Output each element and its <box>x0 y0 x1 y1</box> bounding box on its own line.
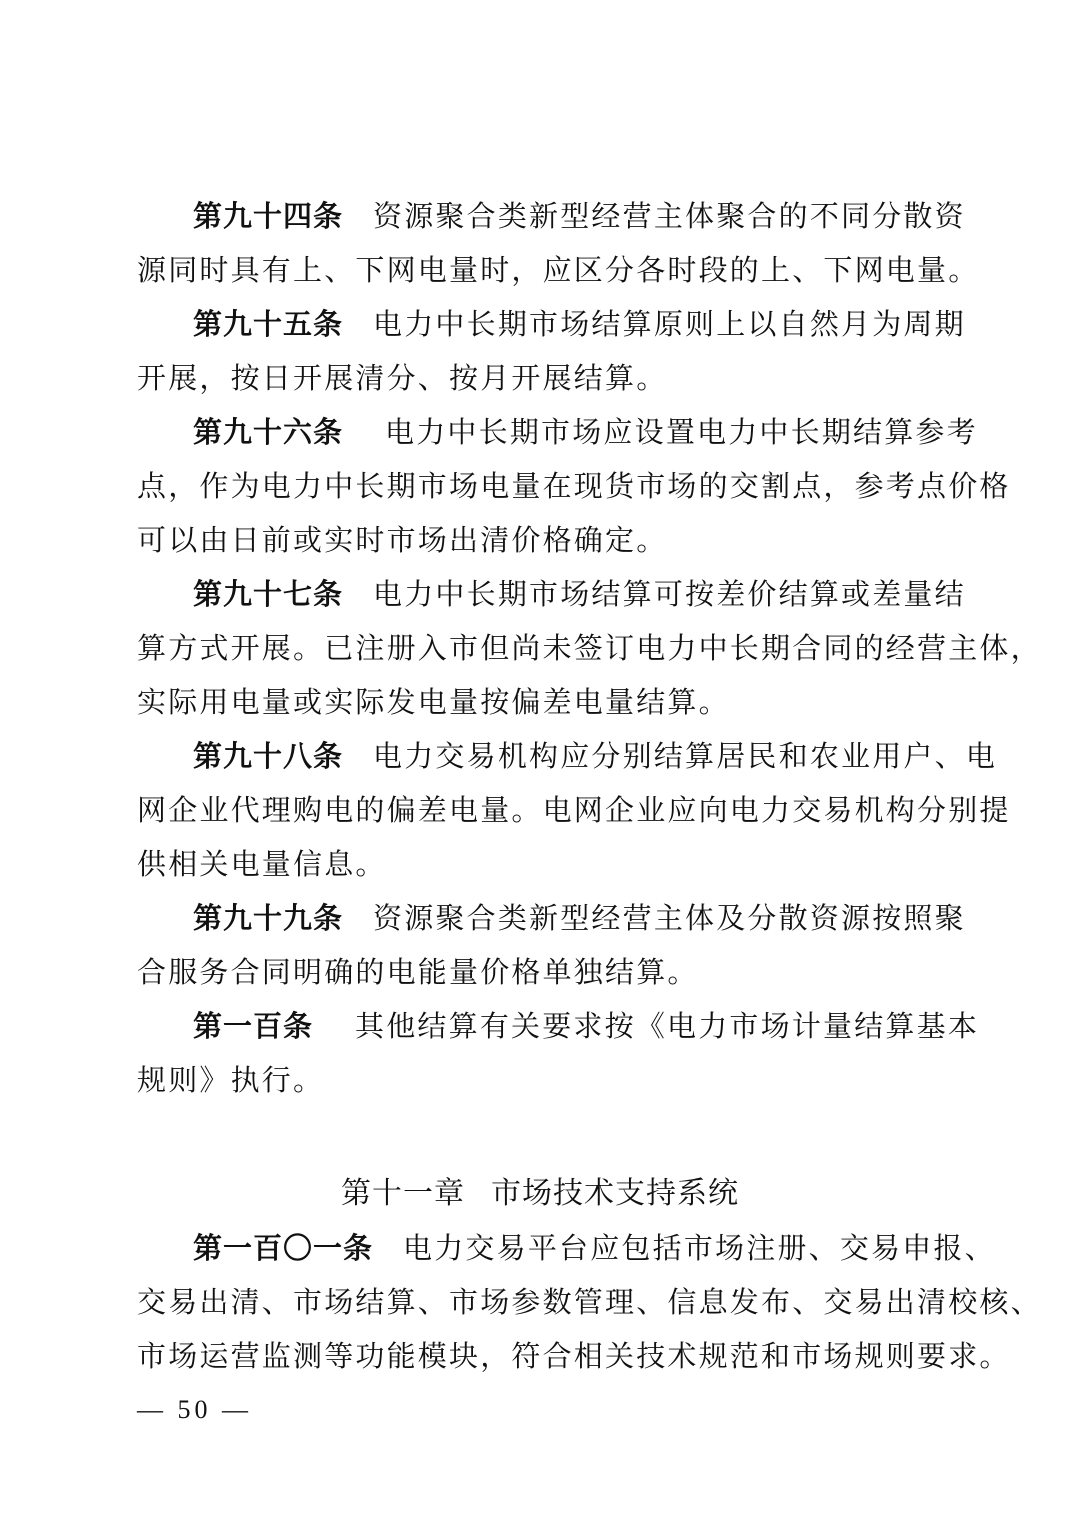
article-99-line-1: 第九十九条资源聚合类新型经营主体及分散资源按照聚 <box>193 898 947 938</box>
article-text: 其他结算有关要求按《电力市场计量结算基本 <box>355 1009 979 1043</box>
article-label: 第一百〇一条 <box>193 1231 373 1265</box>
article-label: 第九十七条 <box>193 577 343 611</box>
article-label: 第九十五条 <box>193 307 343 341</box>
article-text: 资源聚合类新型经营主体及分散资源按照聚 <box>373 901 966 935</box>
article-label: 第九十四条 <box>193 199 343 233</box>
article-97-line-3: 实际用电量或实际发电量按偏差电量结算。 <box>137 682 947 722</box>
article-95-line-1: 第九十五条电力中长期市场结算原则上以自然月为周期 <box>193 304 947 344</box>
article-text: 电力交易机构应分别结算居民和农业用户、电 <box>373 739 997 773</box>
document-page: 第九十四条资源聚合类新型经营主体聚合的不同分散资 源同时具有上、下网电量时，应区… <box>0 0 1080 1527</box>
article-100-line-1: 第一百条其他结算有关要求按《电力市场计量结算基本 <box>193 1006 947 1046</box>
article-97-line-2: 算方式开展。已注册入市但尚未签订电力中长期合同的经营主体， <box>137 628 947 668</box>
article-96-line-3: 可以由日前或实时市场出清价格确定。 <box>137 520 947 560</box>
article-96-line-1: 第九十六条电力中长期市场应设置电力中长期结算参考 <box>193 412 947 452</box>
article-94-line-2: 源同时具有上、下网电量时，应区分各时段的上、下网电量。 <box>137 250 947 290</box>
chapter-number: 第十一章 <box>341 1176 465 1211</box>
article-label: 第九十六条 <box>193 415 343 449</box>
article-94-line-1: 第九十四条资源聚合类新型经营主体聚合的不同分散资 <box>193 196 947 236</box>
article-98-line-2: 网企业代理购电的偏差电量。电网企业应向电力交易机构分别提 <box>137 790 947 830</box>
article-98-line-1: 第九十八条电力交易机构应分别结算居民和农业用户、电 <box>193 736 947 776</box>
article-text: 电力中长期市场应设置电力中长期结算参考 <box>385 415 978 449</box>
article-95-line-2: 开展，按日开展清分、按月开展结算。 <box>137 358 947 398</box>
article-text: 资源聚合类新型经营主体聚合的不同分散资 <box>373 199 966 233</box>
article-text: 电力交易平台应包括市场注册、交易申报、 <box>403 1231 996 1265</box>
article-101-line-3: 市场运营监测等功能模块，符合相关技术规范和市场规则要求。 <box>137 1336 947 1376</box>
article-text: 电力中长期市场结算可按差价结算或差量结 <box>373 577 966 611</box>
article-label: 第九十九条 <box>193 901 343 935</box>
article-99-line-2: 合服务合同明确的电能量价格单独结算。 <box>137 952 947 992</box>
article-98-line-3: 供相关电量信息。 <box>137 844 947 884</box>
page-number: — 50 — <box>137 1392 252 1428</box>
article-label: 第九十八条 <box>193 739 343 773</box>
article-101-line-1: 第一百〇一条电力交易平台应包括市场注册、交易申报、 <box>193 1228 947 1268</box>
article-100-line-2: 规则》执行。 <box>137 1060 947 1100</box>
article-97-line-1: 第九十七条电力中长期市场结算可按差价结算或差量结 <box>193 574 947 614</box>
article-text: 电力中长期市场结算原则上以自然月为周期 <box>373 307 966 341</box>
chapter-title: 市场技术支持系统 <box>491 1176 739 1211</box>
chapter-heading: 第十一章市场技术支持系统 <box>0 1173 1080 1215</box>
article-96-line-2: 点，作为电力中长期市场电量在现货市场的交割点，参考点价格 <box>137 466 947 506</box>
article-label: 第一百条 <box>193 1009 313 1043</box>
article-101-line-2: 交易出清、市场结算、市场参数管理、信息发布、交易出清校核、 <box>137 1282 947 1322</box>
